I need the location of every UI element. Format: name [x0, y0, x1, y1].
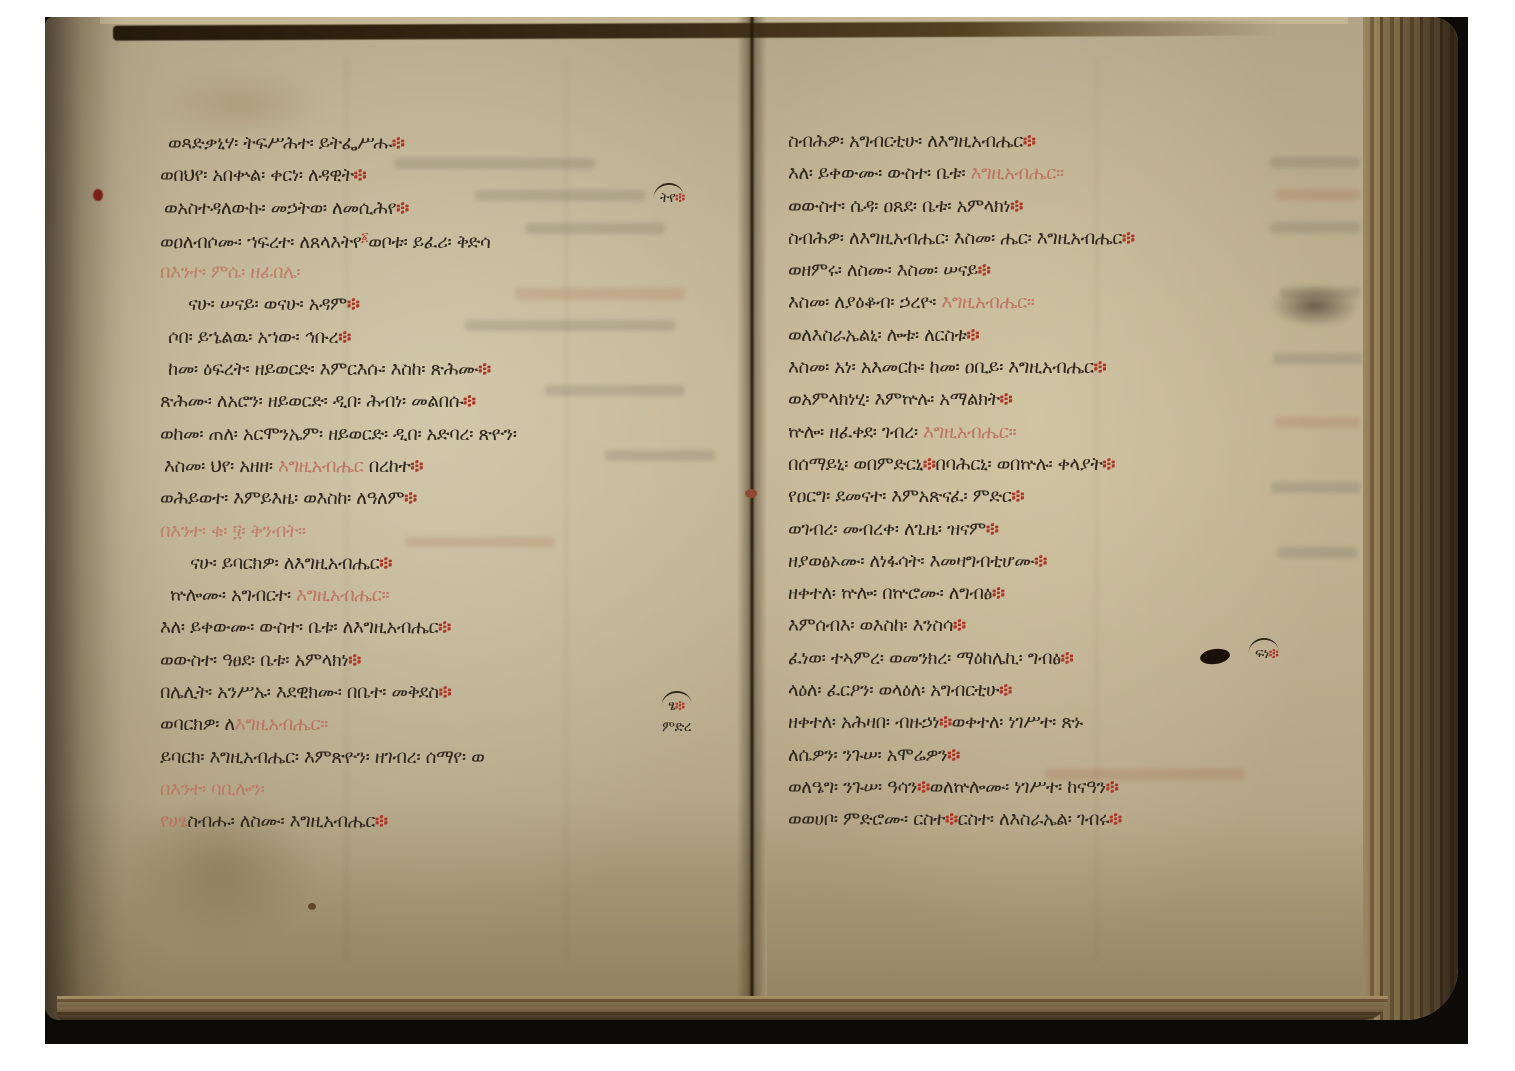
text-segment: ፨	[1109, 809, 1122, 830]
text-segment: እግዚአብሔር	[278, 456, 363, 477]
manuscript-text-line: ይባርክ፡ እግዚአብሔር፡ እምጽዮን፡ ዘገብረ፡ ሰማየ፡ ወ	[160, 747, 760, 779]
text-segment: ወውስተ፡ ሴዳ፡ ዐጸደ፡ ቤቱ፡ አምላክነ	[788, 196, 1010, 217]
text-segment: ኵሎ፡ ዘፈቀደ፡ ገብረ፡	[788, 422, 923, 443]
manuscript-text-line: በእንተ፡ ቁ፡ ፶፡ ቅንብት፡፡	[160, 521, 760, 553]
text-segment: ትየ	[660, 190, 675, 206]
left-edge-shadow	[45, 17, 125, 1020]
manuscript-text-line: ፈነወ፡ ተኣምረ፡ ወመንክረ፡ ማዕከሌኪ፡ ግብፅ፨	[788, 648, 1388, 680]
text-segment: እምሰብእ፡ ወእስከ፡ እንስሳ	[788, 615, 953, 636]
manuscript-text-line: እስመ፡ አነ፡ አእመርኩ፡ ከመ፡ ዐቢይ፡ እግዚአብሔር፨	[788, 357, 1388, 389]
text-segment: ፨	[978, 260, 991, 281]
text-segment: ፨	[396, 198, 409, 219]
text-segment: የሀፄ	[160, 811, 187, 832]
text-segment: ፨	[923, 454, 936, 475]
photograph-frame: ወጻድቃኒሃ፡ ትፍሥሕተ፡ ይትፌሥሑ፨ወበህየ፡ አበቍል፡ ቀርነ፡ ለዳ…	[45, 17, 1468, 1044]
text-segment: ወወሀቦ፡ ምድሮሙ፡ ርስተ	[788, 809, 945, 830]
text-segment: ፨	[1011, 486, 1024, 507]
text-segment: ፨	[1094, 357, 1107, 378]
text-segment: ፨	[438, 617, 451, 638]
text-segment: ፨	[410, 456, 423, 477]
text-segment: ስብሑ፡ ለስሙ፡ እግዚአብሔር	[187, 811, 375, 832]
text-segment: ፨	[347, 294, 360, 315]
text-segment: ፨	[999, 680, 1012, 701]
manuscript-text-line: ሶበ፡ ይኄልዉ፡ አኀው፡ ኅቡረ፨	[160, 327, 760, 359]
manuscript-text-line: በሰማይኒ፡ ወበምድርኒ፨በባሕርኒ፡ ወበኵሉ፡ ቀላያት፨	[788, 454, 1388, 486]
left-page-text-column: ወጻድቃኒሃ፡ ትፍሥሕተ፡ ይትፌሥሑ፨ወበህየ፡ አበቍል፡ ቀርነ፡ ለዳ…	[160, 133, 760, 844]
text-segment: ፨	[1061, 648, 1074, 669]
text-segment: ወዐለብሶሙ፡ ኀፍረተ፡ ለጸላእትየ	[160, 232, 361, 253]
manuscript-text-line: እለ፡ ይቀውሙ፡ ውስተ፡ ቤቱ፡ ለእግዚአብሔር፨	[160, 617, 760, 649]
text-segment: ፨	[348, 650, 361, 671]
text-segment: ፨	[392, 133, 405, 154]
text-segment: ፨	[478, 359, 491, 380]
text-segment: እግዚአብሔር፡፡	[235, 714, 328, 735]
text-segment: እግዚአብሔር፡፡	[296, 585, 389, 606]
text-segment: ፨	[1034, 551, 1047, 572]
text-segment: ወአምላክነሂ፡ እምኵሉ፡ አማልክት	[788, 389, 1000, 410]
text-segment: ምድረ	[662, 719, 691, 735]
text-segment: ፨	[439, 682, 452, 703]
text-segment: ፨	[1122, 228, 1135, 249]
text-segment: ፨	[375, 811, 388, 832]
text-segment: በሌሊት፡ አንሥኡ፡ እደዊክሙ፡ በቤተ፡ መቅደስ	[160, 682, 439, 703]
text-segment: ፨	[675, 698, 684, 714]
margin-gloss: ምድረ	[662, 719, 691, 735]
manuscript-text-line: እምሰብእ፡ ወእስከ፡ እንስሳ፨	[788, 615, 1388, 647]
text-segment: እለ፡ ይቀውሙ፡ ውስተ፡ ቤቱ፡ ለእግዚአብሔር	[160, 617, 438, 638]
text-segment: የዐርግ፡ ደመናተ፡ እምአጽናፈ፡ ምድር	[788, 486, 1011, 507]
text-segment: እስመ፡ ለያዕቆብ፡ ኃረዮ፡	[788, 292, 941, 313]
text-segment: ወከመ፡ ጠለ፡ አርሞንኤም፡ ዘይወርድ፡ ዲበ፡ አድባረ፡ ጽዮን፡	[160, 424, 517, 445]
text-segment: እስመ፡ አነ፡ አእመርኩ፡ ከመ፡ ዐቢይ፡ እግዚአብሔር	[788, 357, 1094, 378]
text-segment: ፨	[917, 777, 930, 798]
manuscript-text-line: ወዐለብሶሙ፡ ኀፍረተ፡ ለጸላእትየ፩ወቦቱ፡ ይፈሪ፡ ቅድሳ	[160, 230, 760, 262]
text-segment: ወቦቱ፡ ይፈሪ፡ ቅድሳ	[368, 232, 490, 253]
text-segment: ፨	[1010, 196, 1023, 217]
text-segment: ወለእስራኤልኒ፡ ሎቱ፡ ለርስቱ	[788, 325, 967, 346]
open-manuscript-book: ወጻድቃኒሃ፡ ትፍሥሕተ፡ ይትፌሥሑ፨ወበህየ፡ አበቍል፡ ቀርነ፡ ለዳ…	[45, 17, 1458, 1020]
margin-gloss: ትየ፨	[660, 190, 685, 206]
manuscript-text-line: ወአምላክነሂ፡ እምኵሉ፡ አማልክት፨	[788, 389, 1388, 421]
parchment-stain	[155, 72, 325, 137]
text-segment: ዘያወፅኦሙ፡ ለነፋሳት፡ እመዛግብቲሆሙ	[788, 551, 1034, 572]
manuscript-text-line: ናሁ፡ ይባርክዎ፡ ለእግዚአብሔር፨	[160, 553, 760, 585]
text-segment: ፨	[947, 745, 960, 766]
text-segment: ፨	[1102, 454, 1115, 475]
text-segment: ፨	[945, 809, 958, 830]
manuscript-text-line: እለ፡ ይቀውሙ፡ ውስተ፡ ቤቱ፡ እግዚአብሔር፡፡	[788, 163, 1388, 195]
text-segment: ወባርክዎ፡ ለ	[160, 714, 235, 735]
manuscript-text-line: ወዘምሩ፡ ለስሙ፡ እስመ፡ ሠናይ፨	[788, 260, 1388, 292]
manuscript-text-line: ጽሕሙ፡ ለአሮን፡ ዘይወርድ፡ ዲበ፡ ሕብነ፡ መልበሱ፨	[160, 391, 760, 423]
speck-stain	[308, 903, 316, 910]
text-segment: ፈነወ፡ ተኣምረ፡ ወመንክረ፡ ማዕከሌኪ፡ ግብፅ	[788, 648, 1061, 669]
text-segment: ከመ፡ ዕፍረት፡ ዘይወርድ፡ እምርእሱ፡ እስከ፡ ጽሕሙ	[168, 359, 478, 380]
text-segment: ወለዔግ፡ ንጉሠ፡ ዓሳን	[788, 777, 917, 798]
text-segment: ወጻድቃኒሃ፡ ትፍሥሕተ፡ ይትፌሥሑ	[168, 133, 392, 154]
text-segment: ፨	[675, 190, 684, 206]
manuscript-text-line: ወጻድቃኒሃ፡ ትፍሥሕተ፡ ይትፌሥሑ፨	[160, 133, 760, 165]
text-segment: ሶበ፡ ይኄልዉ፡ አኀው፡ ኅቡረ	[168, 327, 338, 348]
manuscript-text-line: ኵሎ፡ ዘፈቀደ፡ ገብረ፡ እግዚአብሔር፡፡	[788, 422, 1388, 454]
text-segment: ናሁ፡ ሠናይ፡ ወናሁ፡ አዳም	[188, 294, 347, 315]
text-segment: በእንተ፡ ምሴ፡ ዘፊበሌ፡	[160, 262, 300, 283]
manuscript-text-line: ዘቀተለ፡ ኵሎ፡ በኵሮሙ፡ ለግብፅ፨	[788, 583, 1388, 615]
manuscript-text-line: ወከመ፡ ጠለ፡ አርሞንኤም፡ ዘይወርድ፡ ዲበ፡ አድባረ፡ ጽዮን፡	[160, 424, 760, 456]
text-segment: ፍነ	[1255, 646, 1269, 662]
manuscript-text-line: ዘያወፅኦሙ፡ ለነፋሳት፡ እመዛግብቲሆሙ፨	[788, 551, 1388, 583]
manuscript-text-line: ወውስተ፡ ዓፀደ፡ ቤቱ፡ አምላክነ፨	[160, 650, 760, 682]
margin-gloss: ፍነ፨	[1255, 646, 1278, 662]
text-segment: ፨	[1106, 777, 1119, 798]
text-segment: በእንተ፡ ቁ፡ ፶፡ ቅንብት፡፡	[160, 521, 306, 542]
manuscript-text-line: ለሴዎን፡ ንጉሠ፡ አሞሬዎን፨	[788, 745, 1388, 777]
text-segment: ፨	[1269, 646, 1278, 662]
manuscript-text-line: ስብሕዎ፡ አግብርቲሁ፡ ለእግዚአብሔር፨	[788, 131, 1388, 163]
text-segment: ወዘምሩ፡ ለስሙ፡ እስመ፡ ሠናይ	[788, 260, 978, 281]
text-segment: በባሕርኒ፡ ወበኵሉ፡ ቀላያት	[935, 454, 1102, 475]
text-segment: ለሴዎን፡ ንጉሠ፡ አሞሬዎን	[788, 745, 947, 766]
manuscript-text-line: ወለእስራኤልኒ፡ ሎቱ፡ ለርስቱ፨	[788, 325, 1388, 357]
text-segment: ወገብረ፡ መብረቀ፡ ለጊዜ፡ ዝናም	[788, 519, 986, 540]
text-segment: ዘቀተለ፡ ኵሎ፡ በኵሮሙ፡ ለግብፅ	[788, 583, 992, 604]
manuscript-text-line: እስመ፡ ለያዕቆብ፡ ኃረዮ፡ እግዚአብሔር፡፡	[788, 292, 1388, 324]
manuscript-text-line: ወሕይወተ፡ እምይእዜ፡ ወእስከ፡ ለዓለም፨	[160, 488, 760, 520]
text-segment: በእንተ፡ ባቢሎን፡	[160, 779, 264, 800]
manuscript-text-line: ስብሕዎ፡ ለእግዚአብሔር፡ እስመ፡ ሔር፡ እግዚአብሔር፨	[788, 228, 1388, 260]
text-segment: ፨	[967, 325, 980, 346]
text-segment: ስብሕዎ፡ ለእግዚአብሔር፡ እስመ፡ ሔር፡ እግዚአብሔር	[788, 228, 1122, 249]
text-segment: ፨	[992, 583, 1005, 604]
text-segment: እግዚአብሔር፡፡	[923, 422, 1016, 443]
text-segment: ፨	[986, 519, 999, 540]
margin-gloss: ፄ፨	[668, 698, 684, 714]
text-segment: ላዕለ፡ ፈርዖን፡ ወላዕለ፡ አግብርቲሁ	[788, 680, 999, 701]
text-segment: ፨	[939, 712, 952, 733]
fore-edge-page-stack	[1363, 17, 1458, 1020]
manuscript-text-line: ወወሀቦ፡ ምድሮሙ፡ ርስተ፨ርስተ፡ ለእስራኤል፡ ገብሩ፨	[788, 809, 1388, 841]
text-segment: ፨	[1000, 389, 1013, 410]
text-segment: እግዚአብሔር፡፡	[971, 163, 1064, 184]
right-page-text-column: ስብሕዎ፡ አግብርቲሁ፡ ለእግዚአብሔር፨እለ፡ ይቀውሙ፡ ውስተ፡ ቤቱ…	[788, 131, 1388, 842]
text-segment: ወአስተዳለውኩ፡ መኃትወ፡ ለመሲሕየ	[164, 198, 396, 219]
manuscript-text-line: በእንተ፡ ባቢሎን፡	[160, 779, 760, 811]
text-segment: ናሁ፡ ይባርክዎ፡ ለእግዚአብሔር	[190, 553, 379, 574]
red-stain	[93, 189, 103, 201]
text-segment: ወሕይወተ፡ እምይእዜ፡ ወእስከ፡ ለዓለም	[160, 488, 404, 509]
manuscript-text-line: ዘቀተለ፡ አሕዛበ፡ ብዙኃነ፨ወቀተለ፡ ነገሥተ፡ ጽኑ	[788, 712, 1388, 744]
manuscript-text-line: እስመ፡ ህየ፡ አዘዘ፡ እግዚአብሔር በረከተ፨	[160, 456, 760, 488]
text-segment: ጽሕሙ፡ ለአሮን፡ ዘይወርድ፡ ዲበ፡ ሕብነ፡ መልበሱ	[160, 391, 463, 412]
manuscript-text-line: ወገብረ፡ መብረቀ፡ ለጊዜ፡ ዝናም፨	[788, 519, 1388, 551]
text-segment: በረከተ	[363, 456, 410, 477]
text-segment: ፨	[953, 615, 966, 636]
text-segment: ፨	[463, 391, 476, 412]
manuscript-text-line: ኵሎሙ፡ አግብርተ፡ እግዚአብሔር፡፡	[160, 585, 760, 617]
text-segment: እግዚአብሔር፡፡	[941, 292, 1034, 313]
text-segment: ርስተ፡ ለእስራኤል፡ ገብሩ	[958, 809, 1109, 830]
text-segment: በሰማይኒ፡ ወበምድርኒ	[788, 454, 923, 475]
text-segment: ወለኵሎሙ፡ ነገሥተ፡ ከናዓን	[930, 777, 1106, 798]
text-segment: ፨	[379, 553, 392, 574]
manuscript-text-line: ከመ፡ ዕፍረት፡ ዘይወርድ፡ እምርእሱ፡ እስከ፡ ጽሕሙ፨	[160, 359, 760, 391]
text-segment: ፨	[404, 488, 417, 509]
manuscript-text-line: የሀፄስብሑ፡ ለስሙ፡ እግዚአብሔር፨	[160, 811, 760, 843]
text-segment: ፨	[1023, 131, 1036, 152]
manuscript-text-line: ላዕለ፡ ፈርዖን፡ ወላዕለ፡ አግብርቲሁ፨	[788, 680, 1388, 712]
manuscript-text-line: ወውስተ፡ ሴዳ፡ ዐጸደ፡ ቤቱ፡ አምላክነ፨	[788, 196, 1388, 228]
text-segment: ወውስተ፡ ዓፀደ፡ ቤቱ፡ አምላክነ	[160, 650, 348, 671]
manuscript-text-line: ናሁ፡ ሠናይ፡ ወናሁ፡ አዳም፨	[160, 294, 760, 326]
text-segment: ኵሎሙ፡ አግብርተ፡	[170, 585, 296, 606]
text-segment: ይባርክ፡ እግዚአብሔር፡ እምጽዮን፡ ዘገብረ፡ ሰማየ፡ ወ	[160, 747, 484, 768]
text-segment: ወቀተለ፡ ነገሥተ፡ ጽኑ	[952, 712, 1083, 733]
text-segment: ወበህየ፡ አበቍል፡ ቀርነ፡ ለዳዊት	[160, 165, 354, 186]
bottom-page-stack	[57, 996, 1388, 1020]
text-segment: ስብሕዎ፡ አግብርቲሁ፡ ለእግዚአብሔር	[788, 131, 1023, 152]
text-segment: ፨	[338, 327, 351, 348]
manuscript-text-line: ወለዔግ፡ ንጉሠ፡ ዓሳን፨ወለኵሎሙ፡ ነገሥተ፡ ከናዓን፨	[788, 777, 1388, 809]
manuscript-photo-page: { "document": { "description_label": "Ge…	[0, 0, 1515, 1071]
text-segment: ዘቀተለ፡ አሕዛበ፡ ብዙኃነ	[788, 712, 939, 733]
manuscript-text-line: በእንተ፡ ምሴ፡ ዘፊበሌ፡	[160, 262, 760, 294]
text-segment: እለ፡ ይቀውሙ፡ ውስተ፡ ቤቱ፡	[788, 163, 971, 184]
manuscript-text-line: የዐርግ፡ ደመናተ፡ እምአጽናፈ፡ ምድር፨	[788, 486, 1388, 518]
text-segment: ፨	[354, 165, 367, 186]
text-segment: እስመ፡ ህየ፡ አዘዘ፡	[164, 456, 278, 477]
